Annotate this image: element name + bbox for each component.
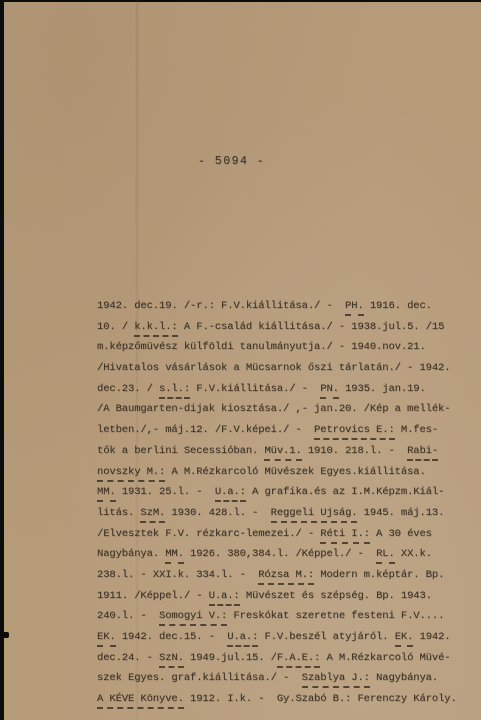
text-segment: Freskókat szeretne festeni F.V.... [227, 610, 444, 622]
text-line: 240.l. - Somogyi V.: Freskókat szeretne … [97, 606, 472, 627]
underlined-text: Reggeli Ujság. [271, 507, 358, 523]
text-line: 238.l. - XXI.k. 334.l. - Rózsa M.: Moder… [97, 565, 472, 586]
text-segment: 1942. dec.19. /-r.: F.V.kiállitása./ - [97, 300, 345, 312]
text-segment: letben./,- máj.12. /F.V.képei./ - [97, 424, 314, 436]
underlined-text: U.a.: [209, 590, 240, 606]
underlined-text: EK. [395, 631, 414, 647]
underlined-text: novszky M.: [97, 466, 165, 482]
text-segment: szek Egyes. graf.kiállitása./ - [97, 672, 302, 684]
text-line: MM. 1931. 25.l. - U.a.: A grafika.és az … [97, 482, 472, 503]
text-line: /Hivatalos vásárlások a Mücsarnok őszi t… [97, 358, 472, 379]
text-line: A KÉVE Könyve. 1912. I.k. - Gy.Szabó B.:… [97, 689, 472, 710]
underlined-text: Somogyi V.: [159, 610, 227, 626]
text-line: 1911. /Képpel./ - U.a.: Müvészet és szép… [97, 586, 472, 607]
text-segment: Nagybánya. [97, 548, 165, 560]
text-segment: F.V.kiállitása./ - [190, 383, 320, 395]
text-line: EK. 1942. dec.15. - U.a.: F.V.beszél aty… [97, 627, 472, 648]
text-segment: 1916. dec. [364, 300, 432, 312]
text-segment: A M.Rézkarcoló Müvé- [320, 652, 450, 664]
text-segment: 1910. 218.l. - [302, 445, 407, 457]
text-segment: 1930. 428.l. - [165, 507, 270, 519]
text-segment: A grafika.és az I.M.Képzm.Kiál- [246, 486, 444, 498]
underlined-text: Petrovics E.: [314, 424, 395, 440]
text-segment: litás. [97, 507, 140, 519]
text-segment: A 30 éves [370, 528, 432, 540]
scan-edge-top [0, 0, 481, 2]
text-line: dec.24. - SzN. 1949.jul.15. /F.A.E.: A M… [97, 648, 472, 669]
underlined-text: Szablya J.: [302, 672, 370, 688]
text-line: dec.23. / s.l.: F.V.kiállitása./ - PN. 1… [97, 379, 472, 400]
text-line: 1942. dec.19. /-r.: F.V.kiállitása./ - P… [97, 296, 472, 317]
text-line: 10. / k.k.l.: A F.-család kiállitása./ -… [97, 317, 472, 338]
text-block: 1942. dec.19. /-r.: F.V.kiállitása./ - P… [97, 296, 472, 710]
text-segment: 1931. 25.l. - [116, 486, 215, 498]
scan-edge-left [0, 0, 4, 720]
text-line: /A Baumgarten-dijak kiosztása./ ,- jan.2… [97, 399, 472, 420]
underlined-text: s.l.: [159, 383, 190, 399]
text-segment: 1942. [413, 631, 450, 643]
underlined-text: Müv.1. [264, 445, 301, 461]
text-line: letben./,- máj.12. /F.V.képei./ - Petrov… [97, 420, 472, 441]
underlined-text: SzN. [159, 652, 184, 668]
text-line: m.képzőmüvész külföldi tanulmányutja./ -… [97, 337, 472, 358]
text-segment: A F.-család kiállitása./ - 1938.jul.5. /… [178, 321, 445, 333]
text-segment: 1949.jul.15. / [184, 652, 277, 664]
underlined-text: A KÉVE Könyve. [97, 693, 184, 709]
text-line: tők a berlini Secessióban. Müv.1. 1910. … [97, 441, 472, 462]
text-segment: 1926. 380,384.l. /Képpel./ - [184, 548, 376, 560]
underlined-text: EK. [97, 631, 116, 647]
text-segment: /A Baumgarten-dijak kiosztása./ ,- jan.2… [97, 403, 450, 415]
text-line: szek Egyes. graf.kiállitása./ - Szablya … [97, 668, 472, 689]
text-segment: 240.l. - [97, 610, 159, 622]
text-segment: Müvészet és szépség. Bp. 1943. [240, 590, 432, 602]
underlined-text: F.A.E.: [277, 652, 320, 668]
text-segment: dec.23. / [97, 383, 159, 395]
text-segment: 10. / [97, 321, 134, 333]
text-segment: /Elvesztek F.V. rézkarc-lemezei./ - [97, 528, 320, 540]
underlined-text: MM. [97, 486, 116, 502]
underlined-text: k.k.l.: [134, 321, 177, 337]
text-segment: 1945. máj.13. [357, 507, 444, 519]
underlined-text: U.a.: [227, 631, 258, 647]
text-segment: /Hivatalos vásárlások a Mücsarnok őszi t… [97, 362, 450, 374]
text-line: novszky M.: A M.Rézkarcoló Müvészek Egye… [97, 462, 472, 483]
text-segment: M.fes- [395, 424, 438, 436]
text-segment: 1935. jan.19. [339, 383, 426, 395]
underlined-text: Rabi- [407, 445, 438, 461]
text-segment: 238.l. - XXI.k. 334.l. - [97, 569, 258, 581]
text-segment: A M.Rézkarcoló Müvészek Egyes.kiállitása… [165, 466, 425, 478]
text-segment: 1911. /Képpel./ - [97, 590, 209, 602]
underlined-text: MM. [165, 548, 184, 564]
underlined-text: PH. [345, 300, 364, 316]
underlined-text: U.a.: [215, 486, 246, 502]
underlined-text: Réti I.: [320, 528, 370, 544]
text-line: Nagybánya. MM. 1926. 380,384.l. /Képpel.… [97, 544, 472, 565]
underlined-text: PN. [320, 383, 339, 399]
text-segment: tők a berlini Secessióban. [97, 445, 264, 457]
scanned-page: - 5094 - 1942. dec.19. /-r.: F.V.kiállit… [0, 0, 481, 720]
underlined-text: SzM. [140, 507, 165, 523]
scan-edge-notch [0, 632, 9, 638]
text-segment: dec.24. - [97, 652, 159, 664]
underlined-text: RL. [376, 548, 395, 564]
text-segment: 1912. I.k. - Gy.Szabó B.: Ferenczy Károl… [184, 693, 457, 705]
text-line: /Elvesztek F.V. rézkarc-lemezei./ - Réti… [97, 524, 472, 545]
text-segment: Modern m.képtár. Bp. [314, 569, 444, 581]
text-segment: F.V.beszél atyjáról. [258, 631, 394, 643]
text-segment: 1942. dec.15. - [116, 631, 228, 643]
underlined-text: Rózsa M.: [258, 569, 314, 585]
page-number: - 5094 - [198, 155, 265, 168]
text-segment: m.képzőmüvész külföldi tanulmányutja./ -… [97, 341, 426, 353]
text-segment: Nagybánya. [370, 672, 438, 684]
text-segment: XX.k. [395, 548, 432, 560]
text-line: litás. SzM. 1930. 428.l. - Reggeli Ujság… [97, 503, 472, 524]
